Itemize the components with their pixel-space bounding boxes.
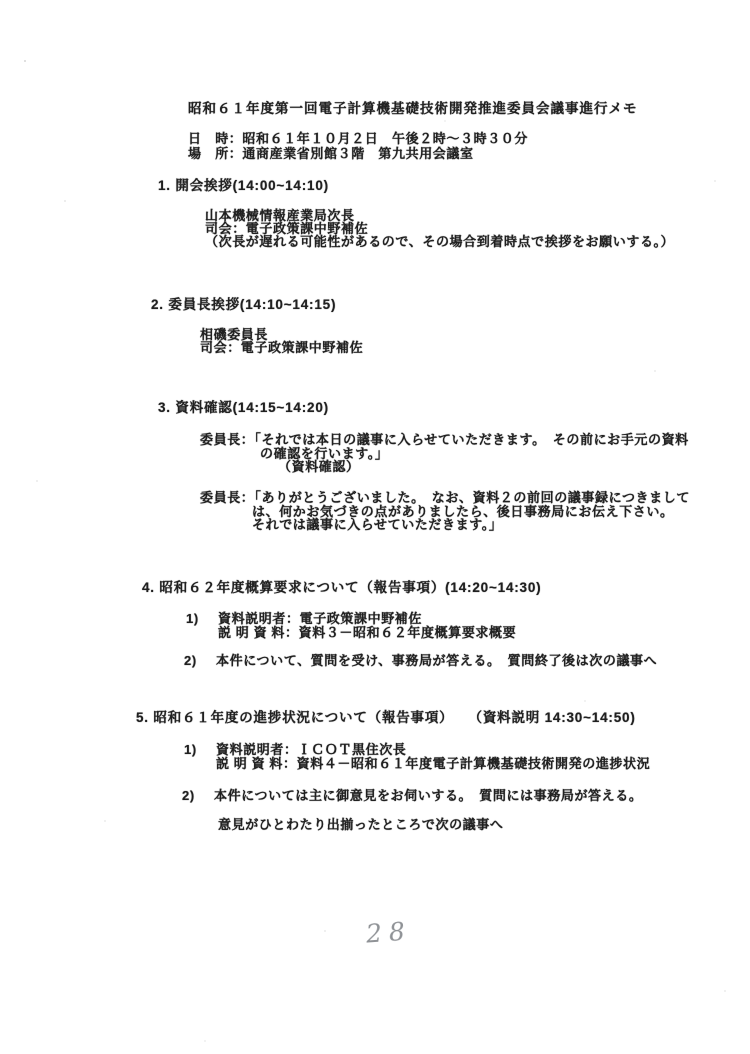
section-3-quote1-line3: （資料確認）: [278, 459, 360, 474]
section-4-item1-presenter: 資料説明者：電子政策課中野補佐: [218, 611, 422, 626]
section-4-item1-material: 説 明 資 料：資料３－昭和６２年度概算要求概要: [218, 625, 516, 640]
memo-title: 昭和６１年度第一回電子計算機基礎技術開発推進委員会議事進行メモ: [188, 101, 638, 116]
section-3-heading: 3. 資料確認(14:15~14:20): [158, 400, 329, 415]
memo-datetime: 日 時：昭和６１年１０月２日 午後２時〜３時３０分: [188, 131, 528, 146]
section-5-item1-presenter: 資料説明者：ＩＣＯＴ黒住次長: [216, 742, 406, 757]
section-4-item2-text: 本件について、質問を受け、事務局が答える。 質問終了後は次の議事へ: [216, 653, 657, 668]
section-1-note: （次長が遅れる可能性があるので、その場合到着時点で挨拶をお願いする。）: [205, 234, 674, 249]
handwritten-page-number: 28: [365, 916, 413, 948]
section-5-item2-text: 本件については主に御意見をお伺いする。 質問には事務局が答える。: [214, 788, 642, 803]
section-5-item2-number: 2): [182, 788, 195, 803]
section-3-quote1-line1: 委員長：「それでは本日の議事に入らせていただきます。 その前にお手元の資料: [200, 432, 689, 447]
section-4-item2-number: 2): [184, 653, 197, 668]
section-4-heading: 4. 昭和６２年度概算要求について（報告事項）(14:20~14:30): [142, 580, 541, 595]
section-1-heading: 1. 開会挨拶(14:00~14:10): [158, 178, 329, 193]
section-5-item1-material: 説 明 資 料：資料４－昭和６１年度電子計算機基礎技術開発の進捗状況: [216, 756, 650, 771]
section-2-heading: 2. 委員長挨拶(14:10~14:15): [151, 297, 336, 312]
section-4-item1-number: 1): [186, 611, 199, 626]
section-2-moderator: 司会：電子政策課中野補佐: [200, 340, 363, 355]
section-5-heading: 5. 昭和６１年度の進捗状況について（報告事項） （資料説明 14:30~14:…: [136, 710, 636, 725]
section-3-quote2-line3: それでは議事に入らせていただきます。」: [252, 517, 502, 532]
section-5-item1-number: 1): [184, 742, 197, 757]
scanned-meeting-memo-page: 昭和６１年度第一回電子計算機基礎技術開発推進委員会議事進行メモ 日 時：昭和６１…: [0, 0, 750, 1054]
memo-location: 場 所：通商産業省別館３階 第九共用会議室: [188, 146, 474, 161]
section-3-quote2-line1: 委員長：「ありがとうございました。 なお、資料２の前回の議事録につきまして: [200, 490, 690, 505]
section-5-closing-note: 意見がひとわたり出揃ったところで次の議事へ: [218, 817, 503, 832]
